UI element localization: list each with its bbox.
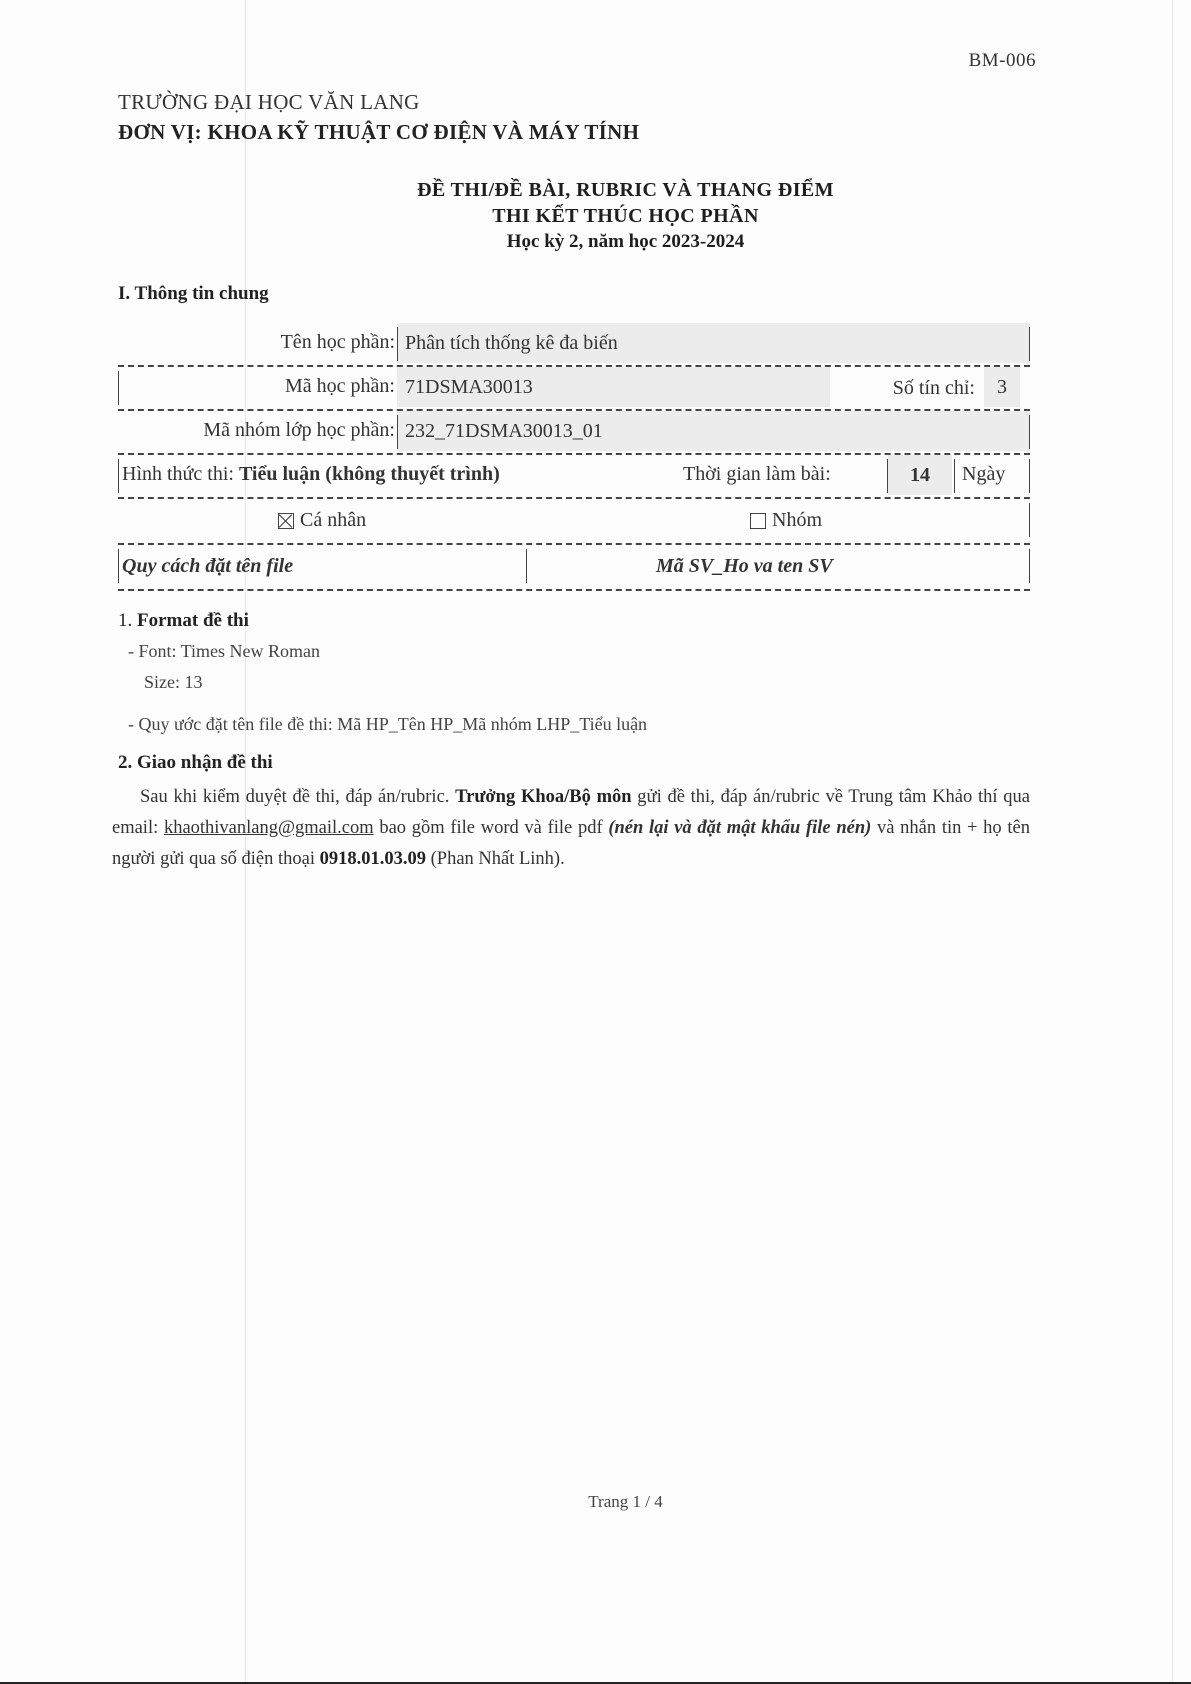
section-general-heading: I. Thông tin chung xyxy=(118,283,269,305)
cell-divider xyxy=(1029,549,1030,583)
school-name: TRƯỜNG ĐẠI HỌC VĂN LANG xyxy=(118,90,420,115)
title-line-1: ĐỀ THI/ĐỀ BÀI, RUBRIC VÀ THANG ĐIỂM xyxy=(60,177,1191,203)
class-group-label: Mã nhóm lớp học phần: xyxy=(118,419,395,442)
cell-divider xyxy=(1029,415,1030,449)
duration-value: 14 xyxy=(888,455,952,495)
cell-divider xyxy=(1029,459,1030,493)
cell-divider xyxy=(397,415,398,449)
document-title: ĐỀ THI/ĐỀ BÀI, RUBRIC VÀ THANG ĐIỂM THI … xyxy=(0,177,1191,255)
delivery-responsible: Trưởng Khoa/Bộ môn xyxy=(455,787,631,807)
title-line-2: THI KẾT THÚC HỌC PHẦN xyxy=(60,203,1191,229)
option-group[interactable]: Nhóm xyxy=(750,509,822,532)
option-group-label: Nhóm xyxy=(772,509,822,532)
course-name-label: Tên học phần: xyxy=(118,331,395,354)
row-course-code: Mã học phần: 71DSMA30013 Số tín chỉ: 3 xyxy=(118,367,1030,411)
empty-box-icon[interactable] xyxy=(750,513,766,529)
delivery-text: (Phan Nhất Linh). xyxy=(426,849,565,869)
class-group-value: 232_71DSMA30013_01 xyxy=(397,411,1030,451)
exam-form-label: Hình thức thi: xyxy=(122,463,234,485)
contact-phone: 0918.01.03.09 xyxy=(320,849,426,869)
delivery-paragraph: Sau khi kiểm duyệt đề thi, đáp án/rubric… xyxy=(112,782,1030,875)
option-individual[interactable]: Cá nhân xyxy=(278,509,366,532)
format-size-line: Size: 13 xyxy=(144,672,203,693)
row-class-group: Mã nhóm lớp học phần: 232_71DSMA30013_01 xyxy=(118,411,1030,455)
form-code: BM-006 xyxy=(969,50,1036,72)
delivery-text: Sau khi kiểm duyệt đề thi, đáp án/rubric… xyxy=(140,787,455,807)
format-heading-text: Format đề thi xyxy=(137,610,249,631)
option-individual-label: Cá nhân xyxy=(300,509,366,532)
file-naming-label: Quy cách đặt tên file xyxy=(118,555,293,578)
section-format-heading: 1. Format đề thi xyxy=(118,610,249,632)
checked-box-icon[interactable] xyxy=(278,513,294,529)
page-number: Trang 1 / 4 xyxy=(0,1492,1191,1512)
cell-divider xyxy=(1029,327,1030,361)
file-naming-value: Mã SV_Ho va ten SV xyxy=(656,555,833,578)
duration-label: Thời gian làm bài: xyxy=(683,463,831,486)
exam-center-email-link[interactable]: khaothivanlang@gmail.com xyxy=(164,818,374,838)
cell-divider xyxy=(1029,503,1030,537)
course-code-value: 71DSMA30013 xyxy=(397,367,830,407)
course-code-label: Mã học phần: xyxy=(118,375,395,398)
row-course-name: Tên học phần: Phân tích thống kê đa biến xyxy=(118,323,1030,367)
cell-divider xyxy=(526,549,527,583)
format-heading-number: 1. xyxy=(118,610,132,631)
row-exam-form: Hình thức thi: Tiểu luận (không thuyết t… xyxy=(118,455,1030,499)
course-name-value: Phân tích thống kê đa biến xyxy=(397,323,1030,363)
cell-divider xyxy=(397,327,398,361)
credits-label: Số tín chỉ: xyxy=(893,377,975,400)
row-file-naming: Quy cách đặt tên file Mã SV_Ho va ten SV xyxy=(118,545,1030,591)
title-semester: Học kỳ 2, năm học 2023-2024 xyxy=(60,229,1191,255)
delivery-text: bao gồm file word và file pdf xyxy=(374,818,609,838)
exam-form: Hình thức thi: Tiểu luận (không thuyết t… xyxy=(118,463,500,486)
duration-unit: Ngày xyxy=(962,463,1005,486)
cell-divider xyxy=(954,459,955,493)
format-naming-line: - Quy ước đặt tên file đề thi: Mã HP_Tên… xyxy=(128,714,647,735)
format-font-line: - Font: Times New Roman xyxy=(128,641,320,662)
general-info-table: Tên học phần: Phân tích thống kê đa biến… xyxy=(118,323,1030,591)
unit-name: ĐƠN VỊ: KHOA KỸ THUẬT CƠ ĐIỆN VÀ MÁY TÍN… xyxy=(118,120,639,145)
exam-form-value: Tiểu luận (không thuyết trình) xyxy=(239,463,500,485)
section-delivery-heading: 2. Giao nhận đề thi xyxy=(118,752,273,774)
credits-value: 3 xyxy=(984,367,1020,407)
delivery-compress-note: (nén lại và đặt mật khẩu file nén) xyxy=(608,818,871,838)
row-work-mode: Cá nhân Nhóm xyxy=(118,499,1030,545)
